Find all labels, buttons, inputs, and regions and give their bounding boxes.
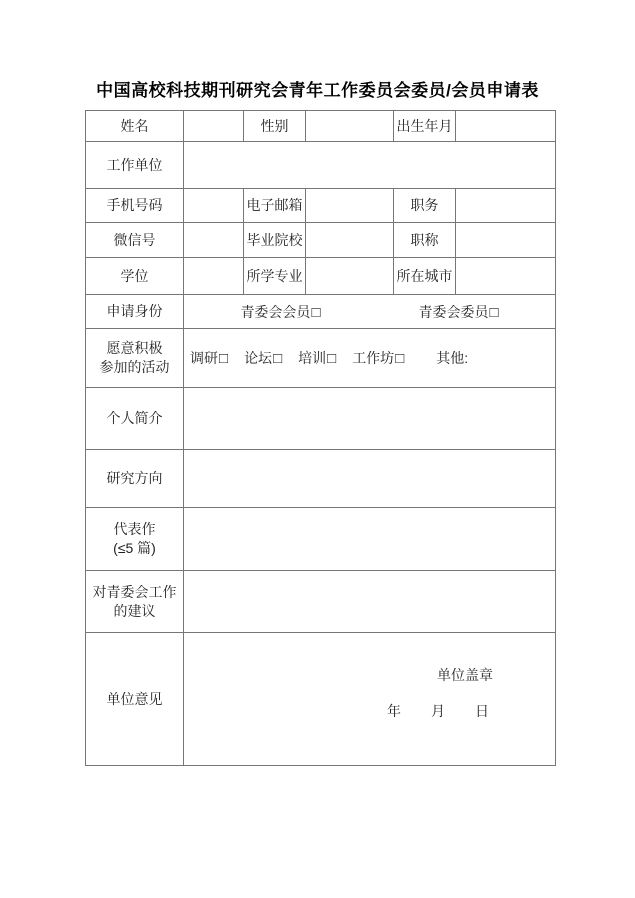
activities-label: 愿意积极 参加的活动 — [86, 329, 184, 388]
works-label-line1: 代表作 — [86, 520, 183, 539]
work-unit-value-cell[interactable] — [184, 142, 556, 189]
form-page: 中国高校科技期刊研究会青年工作委员会委员/会员申请表 姓名 性别 出生年月 工作… — [0, 0, 635, 898]
page-title: 中国高校科技期刊研究会青年工作委员会委员/会员申请表 — [0, 76, 635, 101]
major-label: 所学专业 — [244, 258, 306, 295]
unit-opinion-label: 单位意见 — [86, 633, 184, 766]
membership-option-committee: 青委会委员□ — [419, 302, 499, 322]
workshop-checkbox-icon[interactable]: □ — [395, 350, 404, 367]
membership-option-member: 青委会会员□ — [240, 302, 320, 322]
profile-value-cell[interactable] — [184, 388, 556, 450]
birth-label: 出生年月 — [394, 111, 456, 142]
prof-title-label: 职称 — [394, 223, 456, 258]
degree-value-cell[interactable] — [184, 258, 244, 295]
name-value-cell[interactable] — [184, 111, 244, 142]
phone-label: 手机号码 — [86, 189, 184, 223]
degree-label: 学位 — [86, 258, 184, 295]
committee-checkbox-icon[interactable]: □ — [490, 304, 499, 321]
name-label: 姓名 — [86, 111, 184, 142]
membership-option-committee-label: 青委会委员 — [419, 304, 489, 320]
date-line: 年 月 日 — [387, 701, 489, 721]
works-label-line2: (≤5 篇) — [86, 539, 183, 558]
activities-options-cell: 调研□ 论坛□ 培训□ 工作坊□ 其他: — [184, 329, 556, 388]
row-name-gender-birth: 姓名 性别 出生年月 — [86, 111, 556, 142]
unit-stamp-label: 单位盖章 — [437, 665, 493, 685]
activity-option-survey: 调研□ — [190, 348, 228, 368]
training-checkbox-icon[interactable]: □ — [327, 350, 336, 367]
research-value-cell[interactable] — [184, 450, 556, 508]
profile-label: 个人简介 — [86, 388, 184, 450]
row-work-unit: 工作单位 — [86, 142, 556, 189]
row-degree-major-city: 学位 所学专业 所在城市 — [86, 258, 556, 295]
school-label: 毕业院校 — [244, 223, 306, 258]
suggestion-label-line1: 对青委会工作 — [86, 583, 183, 602]
activity-option-workshop: 工作坊□ — [352, 348, 404, 368]
date-month-label: 月 — [431, 701, 445, 721]
application-form-table: 姓名 性别 出生年月 工作单位 手机号码 电子邮箱 职务 微信号 毕业院校 职称 — [85, 110, 556, 766]
position-value-cell[interactable] — [456, 189, 556, 223]
email-label: 电子邮箱 — [244, 189, 306, 223]
date-year-label: 年 — [387, 701, 401, 721]
activities-label-line2: 参加的活动 — [86, 358, 183, 377]
gender-value-cell[interactable] — [306, 111, 394, 142]
works-value-cell[interactable] — [184, 508, 556, 571]
apply-identity-label: 申请身份 — [86, 295, 184, 329]
phone-value-cell[interactable] — [184, 189, 244, 223]
row-research: 研究方向 — [86, 450, 556, 508]
prof-title-value-cell[interactable] — [456, 223, 556, 258]
gender-label: 性别 — [244, 111, 306, 142]
activity-other-label[interactable]: 其他: — [436, 348, 468, 368]
birth-value-cell[interactable] — [456, 111, 556, 142]
activity-option-forum: 论坛□ — [244, 348, 282, 368]
school-value-cell[interactable] — [306, 223, 394, 258]
suggestion-value-cell[interactable] — [184, 571, 556, 633]
row-apply-identity: 申请身份 青委会会员□ 青委会委员□ — [86, 295, 556, 329]
activity-option-workshop-label: 工作坊 — [352, 350, 394, 366]
date-day-label: 日 — [475, 701, 489, 721]
membership-option-member-label: 青委会会员 — [240, 304, 310, 320]
suggestion-label: 对青委会工作 的建议 — [86, 571, 184, 633]
works-label: 代表作 (≤5 篇) — [86, 508, 184, 571]
row-activities: 愿意积极 参加的活动 调研□ 论坛□ 培训□ 工作坊□ 其他: — [86, 329, 556, 388]
row-wechat-school-title: 微信号 毕业院校 职称 — [86, 223, 556, 258]
city-label: 所在城市 — [394, 258, 456, 295]
forum-checkbox-icon[interactable]: □ — [273, 350, 282, 367]
position-label: 职务 — [394, 189, 456, 223]
email-value-cell[interactable] — [306, 189, 394, 223]
city-value-cell[interactable] — [456, 258, 556, 295]
row-profile: 个人简介 — [86, 388, 556, 450]
suggestion-label-line2: 的建议 — [86, 602, 183, 621]
activity-option-training: 培训□ — [298, 348, 336, 368]
row-works: 代表作 (≤5 篇) — [86, 508, 556, 571]
major-value-cell[interactable] — [306, 258, 394, 295]
activity-option-survey-label: 调研 — [190, 350, 218, 366]
work-unit-label: 工作单位 — [86, 142, 184, 189]
wechat-label: 微信号 — [86, 223, 184, 258]
row-unit-opinion: 单位意见 单位盖章 年 月 日 — [86, 633, 556, 766]
survey-checkbox-icon[interactable]: □ — [219, 350, 228, 367]
member-checkbox-icon[interactable]: □ — [311, 304, 320, 321]
activities-label-line1: 愿意积极 — [86, 339, 183, 358]
row-suggestion: 对青委会工作 的建议 — [86, 571, 556, 633]
activity-option-forum-label: 论坛 — [244, 350, 272, 366]
row-phone-email-position: 手机号码 电子邮箱 职务 — [86, 189, 556, 223]
apply-identity-options-cell: 青委会会员□ 青委会委员□ — [184, 295, 556, 329]
wechat-value-cell[interactable] — [184, 223, 244, 258]
activity-option-training-label: 培训 — [298, 350, 326, 366]
unit-opinion-value-cell[interactable]: 单位盖章 年 月 日 — [184, 633, 556, 766]
research-label: 研究方向 — [86, 450, 184, 508]
